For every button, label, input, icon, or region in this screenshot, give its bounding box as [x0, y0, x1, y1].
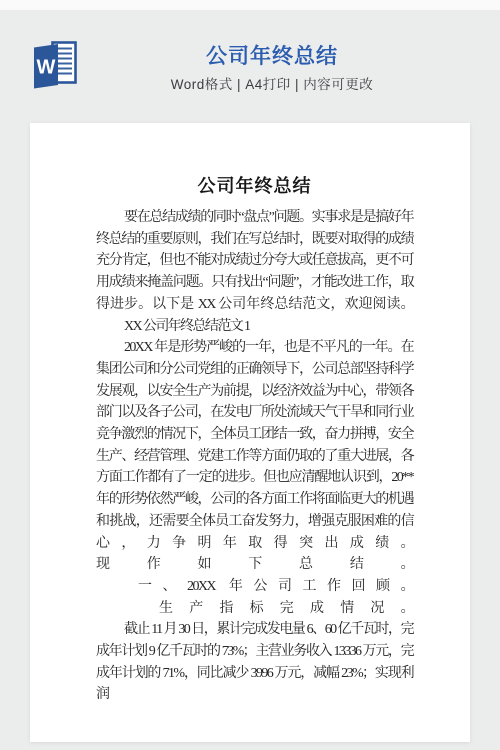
document-body: 要在总结成绩的同时“盘点”问题。实事求是是搞好年终总结的重要原则，我们在写总结时… [96, 207, 413, 706]
paragraph-intro: 要在总结成绩的同时“盘点”问题。实事求是是搞好年终总结的重要原则，我们在写总结时… [96, 207, 413, 316]
page-subtitle: Word格式 | A4打印 | 内容可更改 [44, 77, 500, 92]
paragraph-summary-lead: 现作如下总结。 [96, 554, 413, 576]
header-text: 公司年终总结 Word格式 | A4打印 | 内容可更改 [44, 10, 500, 92]
page-background: W 公司年终总结 Word格式 | A4打印 | 内容可更改 公司年终总结 要在… [0, 0, 500, 750]
paragraph-production-stats: 截止 11 月 30 日，累计完成发电量 6、60 亿千瓦时，完成年计划 9 亿… [96, 619, 413, 706]
paragraph-section-heading: 一、20XX 年公司工作回顾。 [96, 576, 413, 598]
header: W 公司年终总结 Word格式 | A4打印 | 内容可更改 [0, 10, 500, 120]
paragraph-subsection-heading: 生产指标完成情况。 [96, 598, 413, 620]
word-logo-icon: W [31, 39, 79, 89]
document-title: 公司年终总结 [96, 176, 413, 196]
page-title: 公司年终总结 [44, 46, 500, 68]
word-logo-letter: W [37, 57, 56, 79]
paragraph-sample-heading: XX 公司年终总结范文 1 [96, 316, 413, 338]
paragraph-year-overview: 20XX 年是形势严峻的一年，也是不平凡的一年。在集团公司和分公司党组的正确领导… [96, 337, 413, 554]
top-strip [0, 0, 500, 10]
document-preview-page[interactable]: 公司年终总结 要在总结成绩的同时“盘点”问题。实事求是是搞好年终总结的重要原则，… [30, 123, 470, 742]
